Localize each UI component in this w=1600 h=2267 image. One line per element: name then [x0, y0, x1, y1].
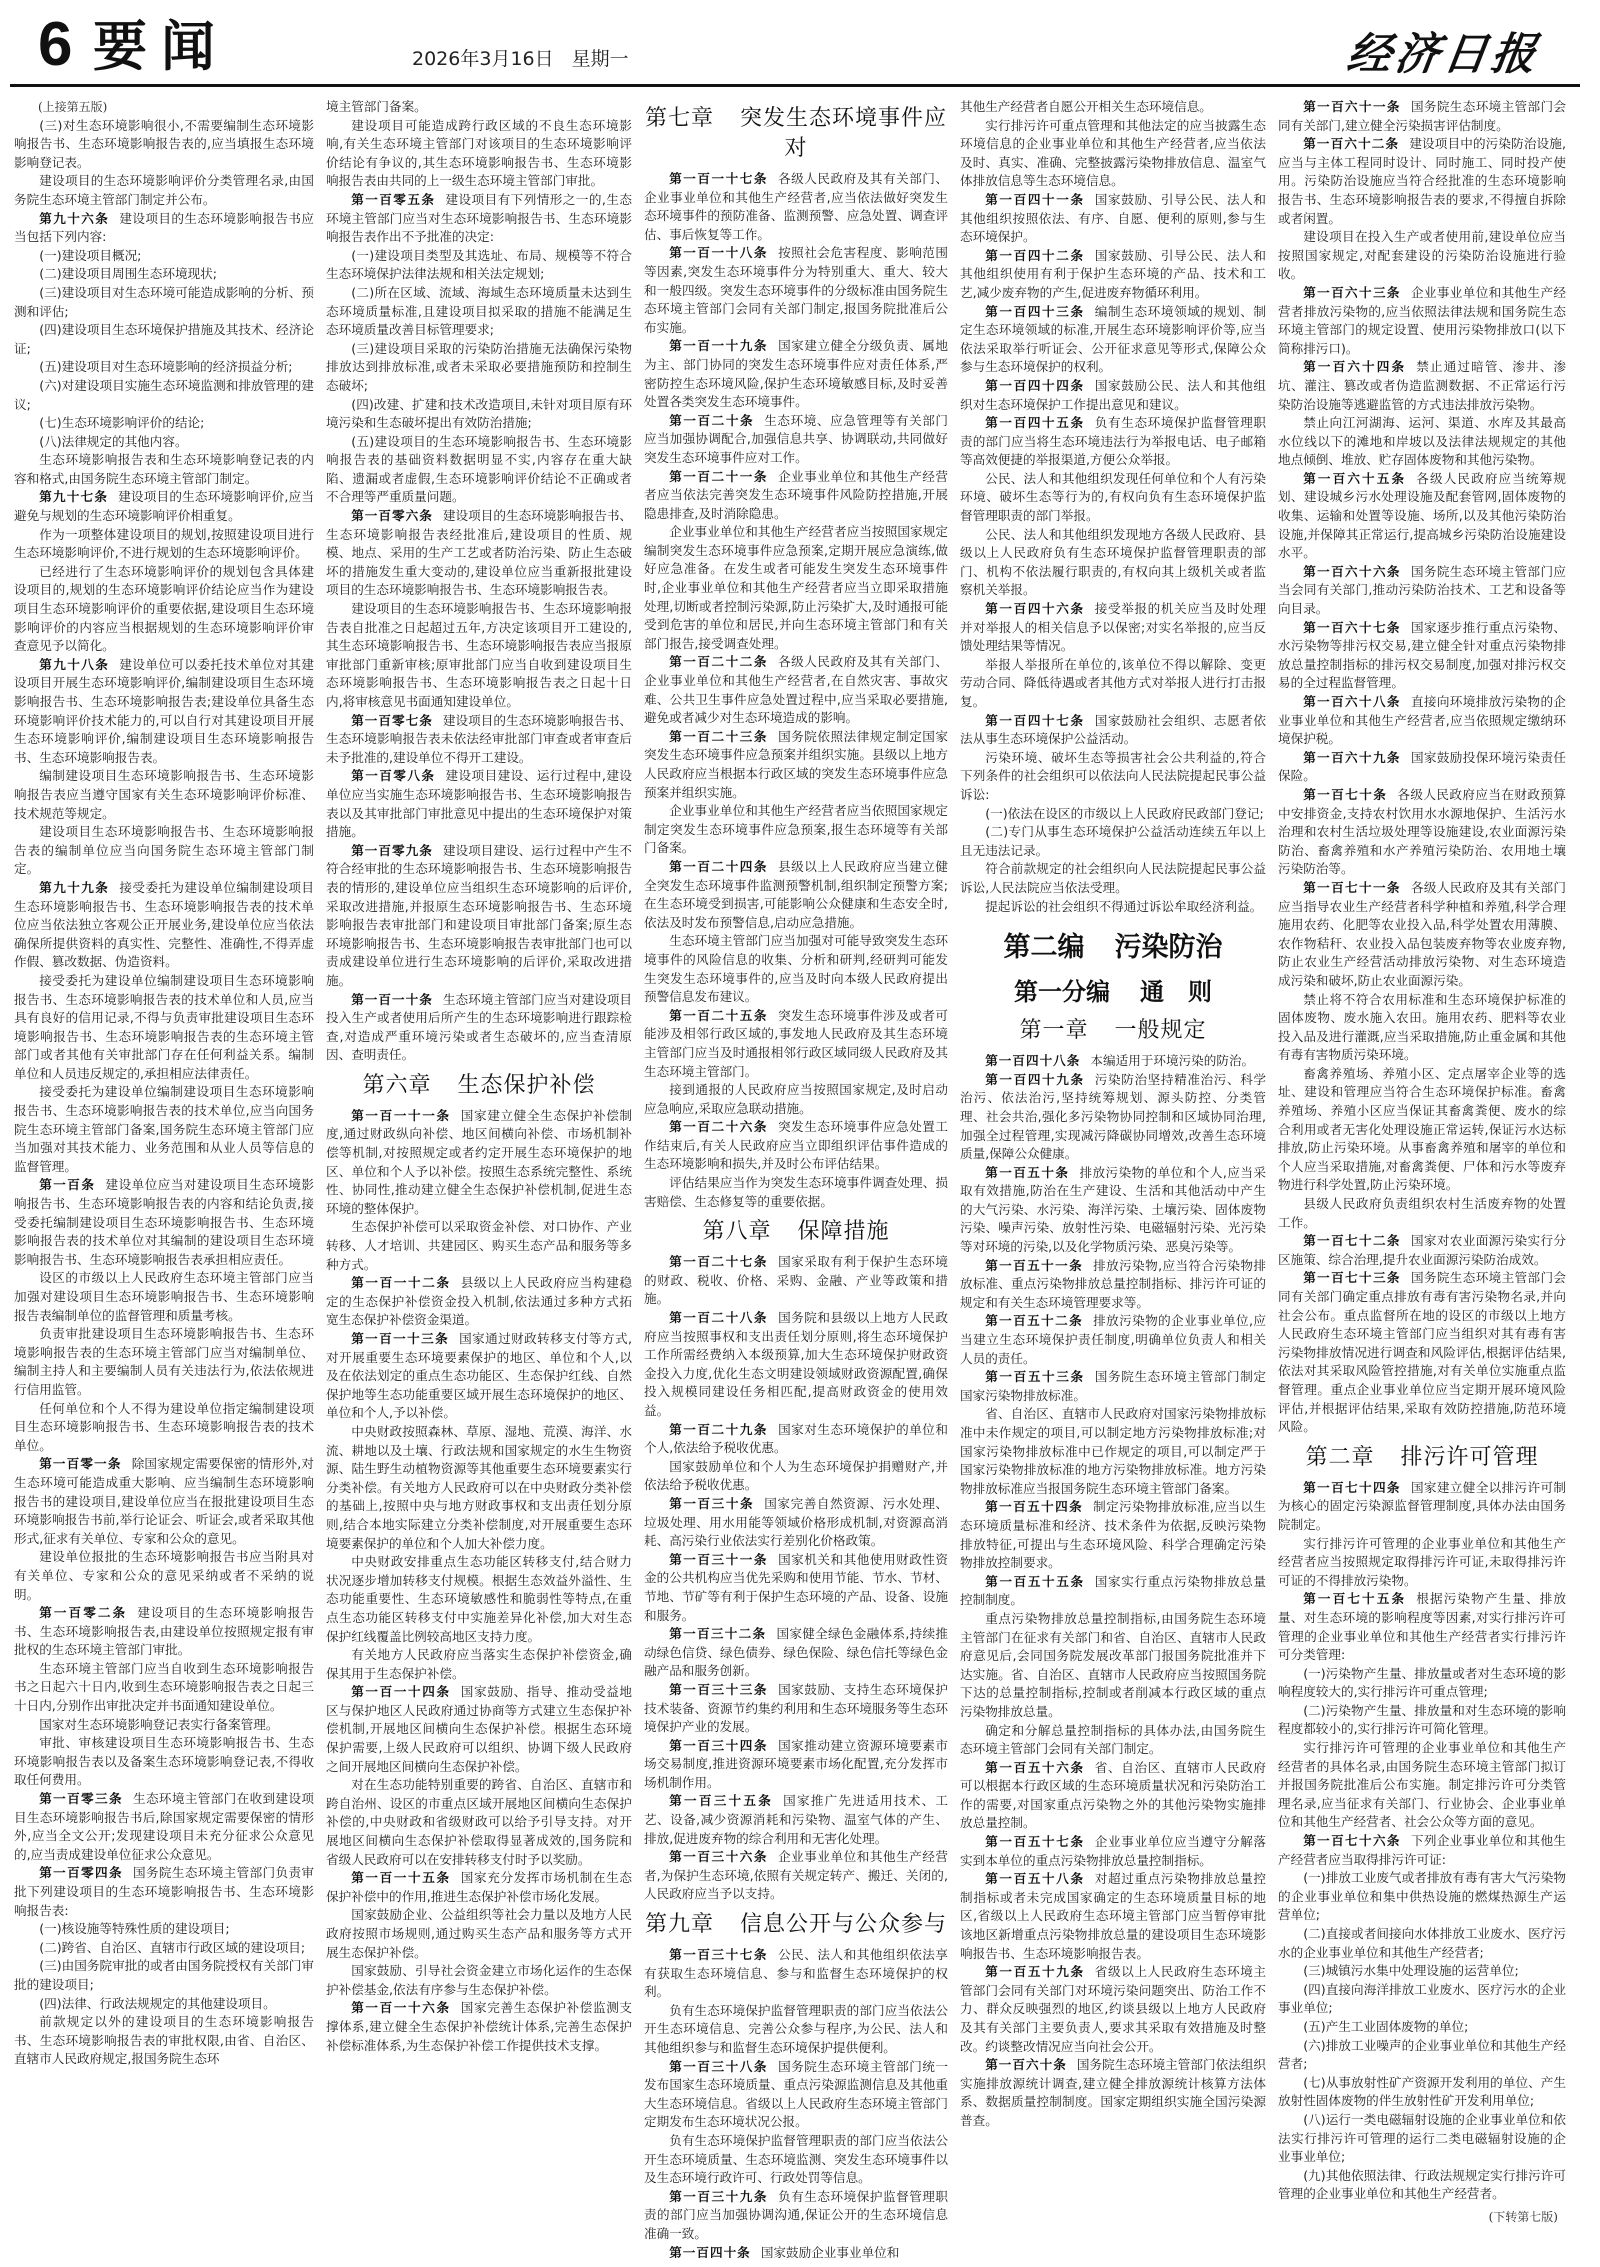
masthead: 6 要闻 2026年3月16日星期一 经济日报 — [0, 0, 1600, 86]
paragraph: 负责审批建设项目生态环境影响报告书、生态环境影响报告表的生态环境主管部门应当对编… — [14, 1325, 314, 1399]
article-paragraph: 第一百三十条国家完善自然资源、污水处理、垃圾处理、用水用能等领域价格形成机制,对… — [644, 1495, 948, 1551]
paragraph: 生态环境影响报告表和生态环境影响登记表的内容和格式,由国务院生态环境主管部门制定… — [14, 451, 314, 488]
article-number: 第一百一十四条 — [351, 1684, 451, 1699]
paragraph: 编制建设项目生态环境影响报告书、生态环境影响报告表应当遵守国家有关生态环境影响评… — [14, 767, 314, 823]
article-text: 国务院生态环境主管部门会同有关部门确定重点排放有毒有害污染物名录,并向社会公布。… — [1278, 1270, 1566, 1434]
article-paragraph: 第一百四十六条接受举报的机关应当及时处理并对举报人的相关信息予以保密;对实名举报… — [960, 600, 1266, 656]
part-title: 污染防治 — [1115, 932, 1223, 963]
paragraph: (六)对建设项目实施生态环境监测和排放管理的建议; — [14, 377, 314, 414]
article-paragraph: 第一百六十一条国务院生态环境主管部门会同有关部门,建立健全污染损害评估制度。 — [1278, 98, 1566, 135]
article-number: 第一百五十六条 — [985, 1760, 1085, 1775]
article-paragraph: 第一百三十三条国家鼓励、支持生态环境保护技术装备、资源节约集约利用和生态环境服务… — [644, 1681, 948, 1737]
article-number: 第一百零二条 — [39, 1605, 127, 1620]
paragraph: 国家鼓励单位和个人为生态环境保护捐赠财产,并依法给予税收优惠。 — [644, 1458, 948, 1495]
article-paragraph: 第一百三十七条公民、法人和其他组织依法享有获取生态环境信息、参与和监督生态环境保… — [644, 1946, 948, 2002]
article-number: 第一百七十六条 — [1303, 1833, 1401, 1848]
paragraph: 作为一项整体建设项目的规划,按照建设项目进行生态环境影响评价,不进行规划的生态环… — [14, 526, 314, 563]
article-paragraph: 第一百零八条建设项目建设、运行过程中,建设单位应当实施生态环境影响报告书、生态环… — [326, 767, 632, 841]
article-number: 第一百七十三条 — [1303, 1270, 1401, 1285]
paragraph: 畜禽养殖场、养殖小区、定点屠宰企业等的选址、建设和管理应当符合生态环境保护标准。… — [1278, 1065, 1566, 1195]
article-paragraph: 第一百七十二条国家对农业面源污染实行分区施策、综合治理,提升农业面源污染防治成效… — [1278, 1232, 1566, 1269]
section-title: 要闻 — [93, 16, 229, 76]
article-paragraph: 第一百四十四条国家鼓励公民、法人和其他组织对生态环境保护工作提出意见和建议。 — [960, 377, 1266, 414]
paragraph: (四)改建、扩建和技术改造项目,未针对项目原有环境污染和生态破坏提出有效防治措施… — [326, 396, 632, 433]
article-paragraph: 第一百四十三条编制生态环境领域的规划、制定生态环境领域的标准,开展生态环境影响评… — [960, 303, 1266, 377]
article-number: 第一百一十五条 — [351, 1870, 451, 1885]
column-4: 其他生产经营者自愿公开相关生态环境信息。实行排污许可重点管理和其他法定的应当披露… — [960, 98, 1266, 2258]
article-paragraph: 第一百二十九条国家对生态环境保护的单位和个人,依法给予税收优惠。 — [644, 1421, 948, 1458]
article-number: 第一百五十条 — [985, 1165, 1069, 1180]
paragraph: (七)生态环境影响评价的结论; — [14, 414, 314, 433]
article-text: 建设单位可以委托技术单位对其建设项目开展生态环境影响评价,编制建设项目生态环境影… — [14, 657, 314, 765]
paragraph: (二)直接或者间接向水体排放工业废水、医疗污水的企业事业单位和其他生产经营者; — [1278, 1925, 1566, 1962]
paragraph: 国家鼓励企业、公益组织等社会力量以及地方人民政府按照市场规则,通过购买生态产品和… — [326, 1906, 632, 1962]
article-number: 第一百零八条 — [351, 768, 435, 783]
column-2: 境主管部门备案。建设项目可能造成跨行政区域的不良生态环境影响,有关生态环境主管部… — [326, 98, 632, 2258]
paragraph: 实行排污许可重点管理和其他法定的应当披露生态环境信息的企业事业单位和其他生产经营… — [960, 117, 1266, 191]
article-number: 第一百一十七条 — [669, 171, 768, 186]
paragraph: (九)其他依照法律、行政法规规定实行排污许可管理的企业事业单位和其他生产经营者。 — [1278, 2167, 1566, 2204]
chapter-heading: 第二章排污许可管理 — [1278, 1443, 1566, 1473]
article-number: 第一百一十二条 — [351, 1275, 451, 1290]
article-number: 第一百六十四条 — [1303, 359, 1406, 374]
article-number: 第一百六十二条 — [1303, 136, 1399, 151]
article-number: 第一百二十二条 — [669, 654, 768, 669]
article-number: 第一百五十五条 — [985, 1574, 1085, 1589]
article-paragraph: 第一百一十一条国家建立健全生态保护补偿制度,通过财政纵向补偿、地区间横向补偿、市… — [326, 1107, 632, 1219]
article-number: 第一百七十四条 — [1303, 1480, 1401, 1495]
chapter-number: 第二章 — [1305, 1445, 1374, 1470]
paragraph: (五)产生工业固体废物的单位; — [1278, 2018, 1566, 2037]
paragraph: (六)排放工业噪声的企业事业单位和其他生产经营者; — [1278, 2037, 1566, 2074]
paragraph: 符合前款规定的社会组织向人民法院提起民事公益诉讼,人民法院应当依法受理。 — [960, 860, 1266, 897]
article-number: 第一百二十三条 — [669, 729, 768, 744]
paragraph: (一)依法在设区的市级以上人民政府民政部门登记; — [960, 805, 1266, 824]
article-number: 第一百三十三条 — [669, 1682, 768, 1697]
paragraph: (二)所在区域、流域、海域生态环境质量未达到生态环境质量标准,且建设项目拟采取的… — [326, 284, 632, 340]
article-paragraph: 第一百二十六条突发生态环境事件应急处置工作结束后,有关人民政府应当立即组织评估事… — [644, 1118, 948, 1174]
paragraph: (八)法律规定的其他内容。 — [14, 433, 314, 452]
paragraph: (一)建设项目概况; — [14, 247, 314, 266]
paragraph: 接受委托为建设单位编制建设项目生态环境影响报告书、生态环境影响报告表的技术单位和… — [14, 972, 314, 1084]
paragraph: 建设项目的生态环境影响报告书、生态环境影响报告表自批准之日起超过五年,方决定该项… — [326, 600, 632, 712]
article-number: 第一百二十七条 — [669, 1254, 768, 1269]
article-number: 第一百五十八条 — [985, 1871, 1085, 1886]
chapter-number: 第九章 — [645, 1912, 714, 1937]
article-paragraph: 第一百二十八条国务院和县级以上地方人民政府应当按照事权和支出责任划分原则,将生态… — [644, 1309, 948, 1421]
chapter-heading: 第八章保障措施 — [644, 1217, 948, 1247]
article-paragraph: 第一百条建设单位应当对建设项目生态环境影响报告书、生态环境影响报告表的内容和结论… — [14, 1176, 314, 1269]
article-number: 第一百零六条 — [351, 508, 433, 523]
article-paragraph: 第一百四十一条国家鼓励、引导公民、法人和其他组织按照依法、有序、自愿、便利的原则… — [960, 191, 1266, 247]
article-paragraph: 第一百四十二条国家鼓励、引导公民、法人和其他组织使用有利于保护生态环境的产品、技… — [960, 247, 1266, 303]
article-paragraph: 第一百零七条建设项目的生态环境影响报告书、生态环境影响报告表未依法经审批部门审查… — [326, 712, 632, 768]
article-text: 国务院和县级以上地方人民政府应当按照事权和支出责任划分原则,将生态环境保护工作所… — [644, 1310, 948, 1418]
article-number: 第一百六十条 — [985, 2057, 1067, 2072]
paragraph: 中央财政安排重点生态功能区转移支付,结合财力状况逐步增加转移支付规模。根据生态效… — [326, 1553, 632, 1646]
article-paragraph: 第一百三十二条国家健全绿色金融体系,持续推动绿色信贷、绿色债券、绿色保险、绿色信… — [644, 1625, 948, 1681]
article-paragraph: 第一百三十九条负有生态环境保护监督管理职责的部门应当加强协调沟通,保证公开的生态… — [644, 2188, 948, 2244]
paragraph: (二)跨省、自治区、直辖市行政区域的建设项目; — [14, 1939, 314, 1958]
article-paragraph: 第一百七十四条国家建立健全以排污许可制为核心的固定污染源监督管理制度,具体办法由… — [1278, 1479, 1566, 1535]
article-paragraph: 第一百一十八条按照社会危害程度、影响范围等因素,突发生态环境事件分为特别重大、重… — [644, 244, 948, 337]
paragraph: (八)运行一类电磁辐射设施的企业事业单位和依法实行排污许可管理的运行二类电磁辐射… — [1278, 2111, 1566, 2167]
article-number: 第一百七十五条 — [1303, 1591, 1406, 1606]
article-paragraph: 第一百七十五条根据污染物产生量、排放量、对生态环境的影响程度等因素,对实行排污许… — [1278, 1590, 1566, 1664]
article-number: 第一百零四条 — [39, 1865, 123, 1880]
article-number: 第一百七十条 — [1303, 787, 1387, 802]
article-number: 第一百六十一条 — [1303, 99, 1401, 114]
article-paragraph: 第一百五十七条企业事业单位应当遵守分解落实到本单位的重点污染物排放总量控制指标。 — [960, 1833, 1266, 1870]
article-number: 第一百四十六条 — [985, 601, 1085, 616]
continued-to-note: (下转第七版) — [1278, 2208, 1566, 2227]
article-paragraph: 第一百零九条建设项目建设、运行过程中产生不符合经审批的生态环境影响报告书、生态环… — [326, 842, 632, 991]
article-paragraph: 第一百三十六条企业事业单位和其他生产经营者,为保护生态环境,依照有关规定转产、搬… — [644, 1848, 948, 1904]
article-number: 第一百五十一条 — [985, 1258, 1083, 1273]
paragraph: 建设项目在投入生产或者使用前,建设单位应当按照国家规定,对配套建设的污染防治设施… — [1278, 228, 1566, 284]
article-number: 第一百二十八条 — [669, 1310, 768, 1325]
article-number: 第一百五十三条 — [985, 1369, 1085, 1384]
article-text: 本编适用于环境污染的防治。 — [1090, 1053, 1254, 1068]
article-number: 第一百四十二条 — [985, 248, 1085, 263]
chapter-title: 一般规定 — [1115, 1018, 1207, 1043]
article-paragraph: 第一百零六条建设项目的生态环境影响报告书、生态环境影响报告表经批准后,建设项目的… — [326, 507, 632, 600]
article-number: 第一百四十一条 — [985, 192, 1085, 207]
column-3: 第七章突发生态环境事件应对第一百一十七条各级人民政府及其有关部门、企业事业单位和… — [644, 98, 948, 2258]
article-number: 第一百三十七条 — [669, 1947, 768, 1962]
paragraph: 生态环境主管部门应当加强对可能导致突发生态环境事件的风险信息的收集、分析和研判,… — [644, 932, 948, 1006]
article-paragraph: 第一百五十条排放污染物的单位和个人,应当采取有效措施,防治在生产建设、生活和其他… — [960, 1164, 1266, 1257]
article-number: 第九十九条 — [39, 880, 109, 895]
chapter-number: 第七章 — [645, 106, 714, 131]
article-paragraph: 第一百零一条除国家规定需要保密的情形外,对生态环境可能造成重大影响、应当编制生态… — [14, 1455, 314, 1548]
article-paragraph: 第一百六十四条禁止通过暗管、渗井、渗坑、灌注、篡改或者伪造监测数据、不正常运行污… — [1278, 358, 1566, 414]
article-paragraph: 第一百六十七条国家逐步推行重点污染物、水污染物等排污权交易,建立健全针对重点污染… — [1278, 619, 1566, 693]
article-number: 第一百三十九条 — [669, 2189, 768, 2204]
article-paragraph: 第一百六十三条企业事业单位和其他生产经营者排放污染物的,应当依照法律法规和国务院… — [1278, 284, 1566, 358]
weekday: 星期一 — [572, 48, 629, 70]
paragraph: 任何单位和个人不得为建设单位指定编制建设项目生态环境影响报告书、生态环境影响报告… — [14, 1400, 314, 1456]
article-number: 第一百三十条 — [669, 1496, 754, 1511]
subpart-number: 第一分编 — [1014, 977, 1110, 1006]
paragraph: 生态保护补偿可以采取资金补偿、对口协作、产业转移、人才培训、共建园区、购买生态产… — [326, 1218, 632, 1274]
article-paragraph: 第一百七十一条各级人民政府及其有关部门应当指导农业生产经营者科学种植和养殖,科学… — [1278, 879, 1566, 991]
paragraph: 其他生产经营者自愿公开相关生态环境信息。 — [960, 98, 1266, 117]
article-paragraph: 第九十七条建设项目的生态环境影响评价,应当避免与规划的生态环境影响评价相重复。 — [14, 488, 314, 525]
article-number: 第一百四十条 — [669, 2245, 751, 2258]
article-paragraph: 第九十六条建设项目的生态环境影响报告书应当包括下列内容: — [14, 210, 314, 247]
article-paragraph: 第一百一十条生态环境主管部门应当对建设项目投入生产或者使用后所产生的生态环境影响… — [326, 991, 632, 1065]
paragraph: 举报人举报所在单位的,该单位不得以解除、变更劳动合同、降低待遇或者其他方式对举报… — [960, 656, 1266, 712]
paragraph: 国家鼓励、引导社会资金建立市场化运作的生态保护补偿基金,依法有序参与生态保护补偿… — [326, 1962, 632, 1999]
article-paragraph: 第一百五十八条对超过重点污染物排放总量控制指标或者未完成国家确定的生态环境质量目… — [960, 1870, 1266, 1963]
article-paragraph: 第一百五十四条制定污染物排放标准,应当以生态环境质量标准和经济、技术条件为依据,… — [960, 1498, 1266, 1572]
article-paragraph: 第一百五十一条排放污染物,应当符合污染物排放标准、重点污染物排放总量控制指标、排… — [960, 1257, 1266, 1313]
article-number: 第一百零五条 — [351, 192, 435, 207]
article-number: 第一百五十二条 — [985, 1313, 1083, 1328]
article-paragraph: 第一百二十二条各级人民政府及其有关部门、企业事业单位和其他生产经营者,在自然灾害… — [644, 653, 948, 727]
newspaper-logo: 经济日报 — [1344, 18, 1545, 82]
article-number: 第一百四十七条 — [985, 713, 1085, 728]
article-number: 第一百二十五条 — [669, 1008, 768, 1023]
date: 2026年3月16日 — [412, 48, 554, 70]
article-paragraph: 第一百四十八条本编适用于环境污染的防治。 — [960, 1052, 1266, 1071]
paragraph: 建设项目生态环境影响报告书、生态环境影响报告表的编制单位应当向国务院生态环境主管… — [14, 823, 314, 879]
paragraph: 污染环境、破坏生态等损害社会公共利益的,符合下列条件的社会组织可以依法向人民法院… — [960, 749, 1266, 805]
paragraph: 省、自治区、直辖市人民政府对国家污染物排放标准中未作规定的项目,可以制定地方污染… — [960, 1405, 1266, 1498]
article-number: 第一百一十六条 — [351, 2000, 451, 2015]
paragraph: 企业事业单位和其他生产经营者应当按照国家规定编制突发生态环境事件应急预案,定期开… — [644, 523, 948, 653]
column-1: (上接第五版)(三)对生态环境影响很小,不需要编制生态环境影响报告书、生态环境影… — [14, 98, 314, 2258]
paragraph: 建设项目的生态环境影响评价分类管理名录,由国务院生态环境主管部门制定并公布。 — [14, 172, 314, 209]
article-paragraph: 第一百六十条国务院生态环境主管部门依法组织实施排放源统计调查,建立健全排放源统计… — [960, 2056, 1266, 2130]
article-paragraph: 第一百五十五条国家实行重点污染物排放总量控制制度。 — [960, 1573, 1266, 1610]
article-number: 第九十六条 — [39, 211, 109, 226]
article-number: 第一百五十七条 — [985, 1834, 1085, 1849]
article-number: 第一百六十八条 — [1303, 694, 1401, 709]
paragraph: (五)建设项目对生态环境影响的经济损益分析; — [14, 358, 314, 377]
paragraph: 设区的市级以上人民政府生态环境主管部门应当加强对建设项目生态环境影响报告书、生态… — [14, 1269, 314, 1325]
article-paragraph: 第一百零三条生态环境主管部门在收到建设项目生态环境影响报告书后,除国家规定需要保… — [14, 1790, 314, 1864]
article-paragraph: 第一百六十二条建设项目中的污染防治设施,应当与主体工程同时设计、同时施工、同时投… — [1278, 135, 1566, 228]
article-paragraph: 第一百零五条建设项目有下列情形之一的,生态环境主管部门应当对生态环境影响报告书、… — [326, 191, 632, 247]
article-paragraph: 第一百七十条各级人民政府应当在财政预算中安排资金,支持农村饮用水水源地保护、生活… — [1278, 786, 1566, 879]
article-number: 第一百六十三条 — [1303, 285, 1401, 300]
article-paragraph: 第一百四十七条国家鼓励社会组织、志愿者依法从事生态环境保护公益活动。 — [960, 712, 1266, 749]
article-number: 第一百六十七条 — [1303, 620, 1401, 635]
paragraph: 禁止向江河湖海、运河、渠道、水库及其最高水位线以下的滩地和岸坡以及法律法规规定的… — [1278, 414, 1566, 470]
paragraph: 境主管部门备案。 — [326, 98, 632, 117]
paragraph: 实行排污许可管理的企业事业单位和其他生产经营者应当按照规定取得排污许可证,未取得… — [1278, 1535, 1566, 1591]
article-paragraph: 第九十九条接受委托为建设单位编制建设项目生态环境影响报告书、生态环境影响报告表的… — [14, 879, 314, 972]
chapter-heading: 第一章一般规定 — [960, 1016, 1266, 1046]
article-paragraph: 第一百三十五条国家推广先进适用技术、工艺、设备,减少资源消耗和污染物、温室气体的… — [644, 1792, 948, 1848]
article-number: 第一百四十九条 — [985, 1072, 1085, 1087]
article-number: 第一百零九条 — [351, 843, 433, 858]
article-paragraph: 第一百三十一条国家机关和其他使用财政性资金的公共机构应当优先采购和使用节能、节水… — [644, 1551, 948, 1625]
paragraph: 国家对生态环境影响登记表实行备案管理。 — [14, 1716, 314, 1735]
paragraph: 实行排污许可管理的企业事业单位和其他生产经营者的具体名录,由国务院生态环境主管部… — [1278, 1739, 1566, 1832]
article-paragraph: 第一百四十条国家鼓励企业事业单位和 — [644, 2244, 948, 2258]
paragraph: (四)建设项目生态环境保护措施及其技术、经济论证; — [14, 321, 314, 358]
article-paragraph: 第一百一十九条国家建立健全分级负责、属地为主、部门协同的突发生态环境事件应对责任… — [644, 337, 948, 411]
article-paragraph: 第一百五十九条省级以上人民政府生态环境主管部门会同有关部门对环境污染问题突出、防… — [960, 1963, 1266, 2056]
article-paragraph: 第一百二十三条国务院依照法律规定制定国家突发生态环境事件应急预案并组织实施。县级… — [644, 728, 948, 802]
paragraph: 审批、审核建设项目生态环境影响报告书、生态环境影响报告表以及备案生态环境影响登记… — [14, 1734, 314, 1790]
paragraph: 确定和分解总量控制指标的具体办法,由国务院生态环境主管部门会同有关部门制定。 — [960, 1722, 1266, 1759]
paragraph: (一)建设项目类型及其选址、布局、规模等不符合生态环境保护法律法规和相关法定规划… — [326, 247, 632, 284]
chapter-title: 信息公开与公众参与 — [740, 1912, 947, 1937]
paragraph: 已经进行了生态环境影响评价的规划包含具体建设项目的,规划的生态环境影响评价结论应… — [14, 563, 314, 656]
paragraph: (三)对生态环境影响很小,不需要编制生态环境影响报告书、生态环境影响报告表的,应… — [14, 117, 314, 173]
article-paragraph: 第一百一十四条国家鼓励、指导、推动受益地区与保护地区人民政府通过协商等方式建立生… — [326, 1683, 632, 1776]
article-paragraph: 第一百二十一条企业事业单位和其他生产经营者应当依法完善突发生态环境事件风险防控措… — [644, 468, 948, 524]
paragraph: (二)建设项目周围生态环境现状; — [14, 265, 314, 284]
article-number: 第一百零一条 — [39, 1456, 121, 1471]
paragraph: 企业事业单位和其他生产经营者应当依照国家规定制定突发生态环境事件应急预案,报生态… — [644, 802, 948, 858]
article-number: 第一百条 — [39, 1177, 95, 1192]
article-number: 第一百一十三条 — [351, 1331, 449, 1346]
article-number: 第一百二十一条 — [669, 469, 768, 484]
article-number: 第一百六十九条 — [1303, 750, 1401, 765]
paragraph: (一)污染物产生量、排放量或者对生态环境的影响程度较大的,实行排污许可重点管理; — [1278, 1665, 1566, 1702]
article-number: 第一百五十九条 — [985, 1964, 1085, 1979]
article-text: 国家建立健全生态保护补偿制度,通过财政纵向补偿、地区间横向补偿、市场机制补偿等机… — [326, 1108, 632, 1216]
article-number: 第一百一十九条 — [669, 338, 768, 353]
chapter-heading: 第九章信息公开与公众参与 — [644, 1910, 948, 1940]
paragraph: (三)由国务院审批的或者由国务院授权有关部门审批的建设项目; — [14, 1957, 314, 1994]
article-body: (上接第五版)(三)对生态环境影响很小,不需要编制生态环境影响报告书、生态环境影… — [14, 98, 1582, 2258]
paragraph: 对在生态功能特别重要的跨省、自治区、直辖市和跨自治州、设区的市重点区域开展地区间… — [326, 1776, 632, 1869]
paragraph: 有关地方人民政府应当落实生态保护补偿资金,确保其用于生态保护补偿。 — [326, 1646, 632, 1683]
article-paragraph: 第一百一十七条各级人民政府及其有关部门、企业事业单位和其他生产经营者,应当依法做… — [644, 170, 948, 244]
article-paragraph: 第一百四十九条污染防治坚持精准治污、科学治污、依法治污,坚持统筹规划、源头防控、… — [960, 1071, 1266, 1164]
article-paragraph: 第一百六十五条各级人民政府应当统筹规划、建设城乡污水处理设施及配套管网,固体废物… — [1278, 470, 1566, 563]
article-text: 国家鼓励企业事业单位和 — [761, 2245, 900, 2258]
paragraph: (四)直接向海洋排放工业废水、医疗污水的企业事业单位; — [1278, 1981, 1566, 2018]
chapter-title: 突发生态环境事件应对 — [740, 106, 947, 161]
article-number: 第一百三十八条 — [669, 2059, 768, 2074]
article-paragraph: 第一百七十六条下列企业事业单位和其他生产经营者应当取得排污许可证: — [1278, 1832, 1566, 1869]
article-paragraph: 第一百一十五条国家充分发挥市场机制在生态保护补偿中的作用,推进生态保护补偿市场化… — [326, 1869, 632, 1906]
article-paragraph: 第一百一十二条县级以上人民政府应当构建稳定的生态保护补偿资金投入机制,依法通过多… — [326, 1274, 632, 1330]
article-number: 第一百一十八条 — [669, 245, 768, 260]
paragraph: (三)建设项目采取的污染防治措施无法确保污染物排放达到排放标准,或者未采取必要措… — [326, 340, 632, 396]
article-paragraph: 第一百六十九条国家鼓励投保环境污染责任保险。 — [1278, 749, 1566, 786]
chapter-heading: 第六章生态保护补偿 — [326, 1071, 632, 1101]
chapter-title: 生态保护补偿 — [458, 1073, 596, 1098]
article-text: 各级人民政府及其有关部门应当指导农业生产经营者科学种植和养殖,科学合理施用农药、… — [1278, 880, 1566, 988]
paragraph: (三)建设项目对生态环境可能造成影响的分析、预测和评估; — [14, 284, 314, 321]
paragraph: (二)污染物产生量、排放量和对生态环境的影响程度都较小的,实行排污许可简化管理。 — [1278, 1702, 1566, 1739]
paragraph: 建设单位报批的生态环境影响报告书应当附具对有关单位、专家和公众的意见采纳或者不采… — [14, 1548, 314, 1604]
article-paragraph: 第一百二十五条突发生态环境事件涉及或者可能涉及相邻行政区域的,事发地人民政府及其… — [644, 1007, 948, 1081]
part-heading: 第二编污染防治 — [960, 930, 1266, 966]
article-paragraph: 第一百零四条国务院生态环境主管部门负责审批下列建设项目的生态环境影响报告书、生态… — [14, 1864, 314, 1920]
article-paragraph: 第一百六十六条国务院生态环境主管部门应当会同有关部门,推动污染防治技术、工艺和设… — [1278, 563, 1566, 619]
article-number: 第一百二十条 — [669, 413, 754, 428]
part-number: 第二编 — [1004, 932, 1085, 963]
paragraph: (一)核设施等特殊性质的建设项目; — [14, 1920, 314, 1939]
article-text: 建设项目建设、运行过程中产生不符合经审批的生态环境影响报告书、生态环境影响报告表… — [326, 843, 632, 988]
article-paragraph: 第一百五十三条国务院生态环境主管部门制定国家污染物排放标准。 — [960, 1368, 1266, 1405]
chapter-number: 第一章 — [1019, 1018, 1088, 1043]
article-paragraph: 第一百四十五条负有生态环境保护监督管理职责的部门应当将生态环境违法行为举报电话、… — [960, 414, 1266, 470]
paragraph: 县级人民政府负责组织农村生活废弃物的处置工作。 — [1278, 1195, 1566, 1232]
subpart-title: 通 则 — [1140, 977, 1212, 1006]
article-number: 第一百一十一条 — [351, 1108, 451, 1123]
article-number: 第一百六十五条 — [1303, 471, 1406, 486]
paragraph: (四)法律、行政法规规定的其他建设项目。 — [14, 1995, 314, 2014]
paragraph: 提起诉讼的社会组织不得通过诉讼牟取经济利益。 — [960, 898, 1266, 917]
article-number: 第一百零三条 — [39, 1791, 123, 1806]
paragraph: 负有生态环境保护监督管理职责的部门应当依法公开生态环境质量、生态环境监测、突发生… — [644, 2132, 948, 2188]
chapter-title: 保障措施 — [798, 1219, 890, 1244]
article-paragraph: 第一百五十二条排放污染物的企业事业单位,应当建立生态环境保护责任制度,明确单位负… — [960, 1312, 1266, 1368]
article-number: 第一百一十条 — [351, 992, 433, 1007]
article-number: 第一百四十八条 — [985, 1053, 1080, 1068]
article-paragraph: 第一百二十条生态环境、应急管理等有关部门应当加强协调配合,加强信息共享、协调联动… — [644, 412, 948, 468]
chapter-number: 第六章 — [362, 1073, 431, 1098]
article-number: 第一百六十六条 — [1303, 564, 1401, 579]
paragraph: 前款规定以外的建设项目的生态环境影响报告书、生态环境影响报告表的审批权限,由省、… — [14, 2013, 314, 2069]
article-paragraph: 第一百二十七条国家采取有利于保护生态环境的财政、税收、价格、采购、金融、产业等政… — [644, 1253, 948, 1309]
paragraph: 评估结果应当作为突发生态环境事件调查处理、损害赔偿、生态修复等的重要依据。 — [644, 1174, 948, 1211]
article-paragraph: 第一百五十六条省、自治区、直辖市人民政府可以根据本行政区域的生态环境质量状况和污… — [960, 1759, 1266, 1833]
subpart-heading: 第一分编通 则 — [960, 976, 1266, 1008]
article-number: 第九十八条 — [39, 657, 109, 672]
article-paragraph: 第一百三十四条国家推动建立资源环境要素市场交易制度,推进资源环境要素市场化配置,… — [644, 1737, 948, 1793]
article-number: 第一百三十六条 — [669, 1849, 768, 1864]
masthead-rule — [10, 84, 1580, 87]
paragraph: 公民、法人和其他组织发现任何单位和个人有污染环境、破坏生态等行为的,有权向负有生… — [960, 470, 1266, 526]
column-5: 第一百六十一条国务院生态环境主管部门会同有关部门,建立健全污染损害评估制度。第一… — [1278, 98, 1566, 2258]
paragraph: 禁止将不符合农用标准和生态环境保护标准的固体废物、废水施入农田。施用农药、肥料等… — [1278, 991, 1566, 1065]
article-paragraph: 第一百一十三条国家通过财政转移支付等方式,对开展重要生态环境要素保护的地区、单位… — [326, 1330, 632, 1423]
article-number: 第一百二十四条 — [669, 859, 768, 874]
paragraph: 公民、法人和其他组织发现地方各级人民政府、县级以上人民政府负有生态环境保护监督管… — [960, 526, 1266, 600]
paragraph: 接受委托为建设单位编制建设项目生态环境影响报告书、生态环境影响报告表的技术单位,… — [14, 1083, 314, 1176]
article-paragraph: 第一百七十三条国务院生态环境主管部门会同有关部门确定重点排放有毒有害污染物名录,… — [1278, 1269, 1566, 1436]
article-paragraph: 第一百二十四条县级以上人民政府应当建立健全突发生态环境事件监测预警机制,组织制定… — [644, 858, 948, 932]
article-number: 第九十七条 — [39, 489, 108, 504]
paragraph: 建设项目可能造成跨行政区域的不良生态环境影响,有关生态环境主管部门对该项目的生态… — [326, 117, 632, 191]
article-number: 第一百三十四条 — [669, 1738, 768, 1753]
paragraph: 生态环境主管部门应当自收到生态环境影响报告书之日起六十日内,收到生态环境影响报告… — [14, 1660, 314, 1716]
page-number: 6 — [38, 14, 72, 76]
article-number: 第一百五十四条 — [985, 1499, 1083, 1514]
paragraph: (二)专门从事生态环境保护公益活动连续五年以上且无违法记录。 — [960, 823, 1266, 860]
article-number: 第一百七十一条 — [1303, 880, 1401, 895]
paragraph: (三)城镇污水集中处理设施的运营单位; — [1278, 1962, 1566, 1981]
paragraph: 接到通报的人民政府应当按照国家规定,及时启动应急响应,采取应急联动措施。 — [644, 1081, 948, 1118]
article-number: 第一百四十三条 — [985, 304, 1085, 319]
paragraph: (五)建设项目的生态环境影响报告书、生态环境影响报告表的基础资料数据明显不实,内… — [326, 433, 632, 507]
article-number: 第一百三十二条 — [669, 1626, 766, 1641]
article-paragraph: 第一百六十八条直接向环境排放污染物的企业事业单位和其他生产经营者,应当依照规定缴… — [1278, 693, 1566, 749]
paragraph: 中央财政按照森林、草原、湿地、荒漠、海洋、水流、耕地以及土壤、行政法规和国家规定… — [326, 1423, 632, 1553]
chapter-title: 排污许可管理 — [1401, 1445, 1539, 1470]
article-number: 第一百三十五条 — [669, 1793, 773, 1808]
article-number: 第一百三十一条 — [669, 1552, 768, 1567]
paragraph: (一)排放工业废气或者排放有毒有害大气污染物的企业事业单位和集中供热设施的燃煤热… — [1278, 1869, 1566, 1925]
continued-from-note: (上接第五版) — [14, 98, 314, 117]
article-number: 第一百二十六条 — [669, 1119, 768, 1134]
chapter-heading: 第七章突发生态环境事件应对 — [644, 104, 948, 164]
article-number: 第一百四十五条 — [985, 415, 1085, 430]
paragraph: (七)从事放射性矿产资源开发利用的单位、产生放射性固体废物的伴生放射性矿开发利用… — [1278, 2074, 1566, 2111]
article-number: 第一百零七条 — [351, 713, 433, 728]
issue-date: 2026年3月16日星期一 — [412, 44, 629, 71]
paragraph: 负有生态环境保护监督管理职责的部门应当依法公开生态环境信息、完善公众参与程序,为… — [644, 2002, 948, 2058]
article-paragraph: 第一百零二条建设项目的生态环境影响报告书、生态环境影响报告表,由建设单位按照规定… — [14, 1604, 314, 1660]
article-paragraph: 第九十八条建设单位可以委托技术单位对其建设项目开展生态环境影响评价,编制建设项目… — [14, 656, 314, 768]
article-number: 第一百七十二条 — [1303, 1233, 1401, 1248]
article-number: 第一百四十四条 — [985, 378, 1085, 393]
article-paragraph: 第一百三十八条国务院生态环境主管部门统一发布国家生态环境质量、重点污染源监测信息… — [644, 2058, 948, 2132]
article-number: 第一百二十九条 — [669, 1422, 768, 1437]
paragraph: 重点污染物排放总量控制指标,由国务院生态环境主管部门在征求有关部门和省、自治区、… — [960, 1610, 1266, 1722]
chapter-number: 第八章 — [702, 1219, 771, 1244]
article-paragraph: 第一百一十六条国家完善生态保护补偿监测支撑体系,建立健全生态保护补偿统计体系,完… — [326, 1999, 632, 2055]
